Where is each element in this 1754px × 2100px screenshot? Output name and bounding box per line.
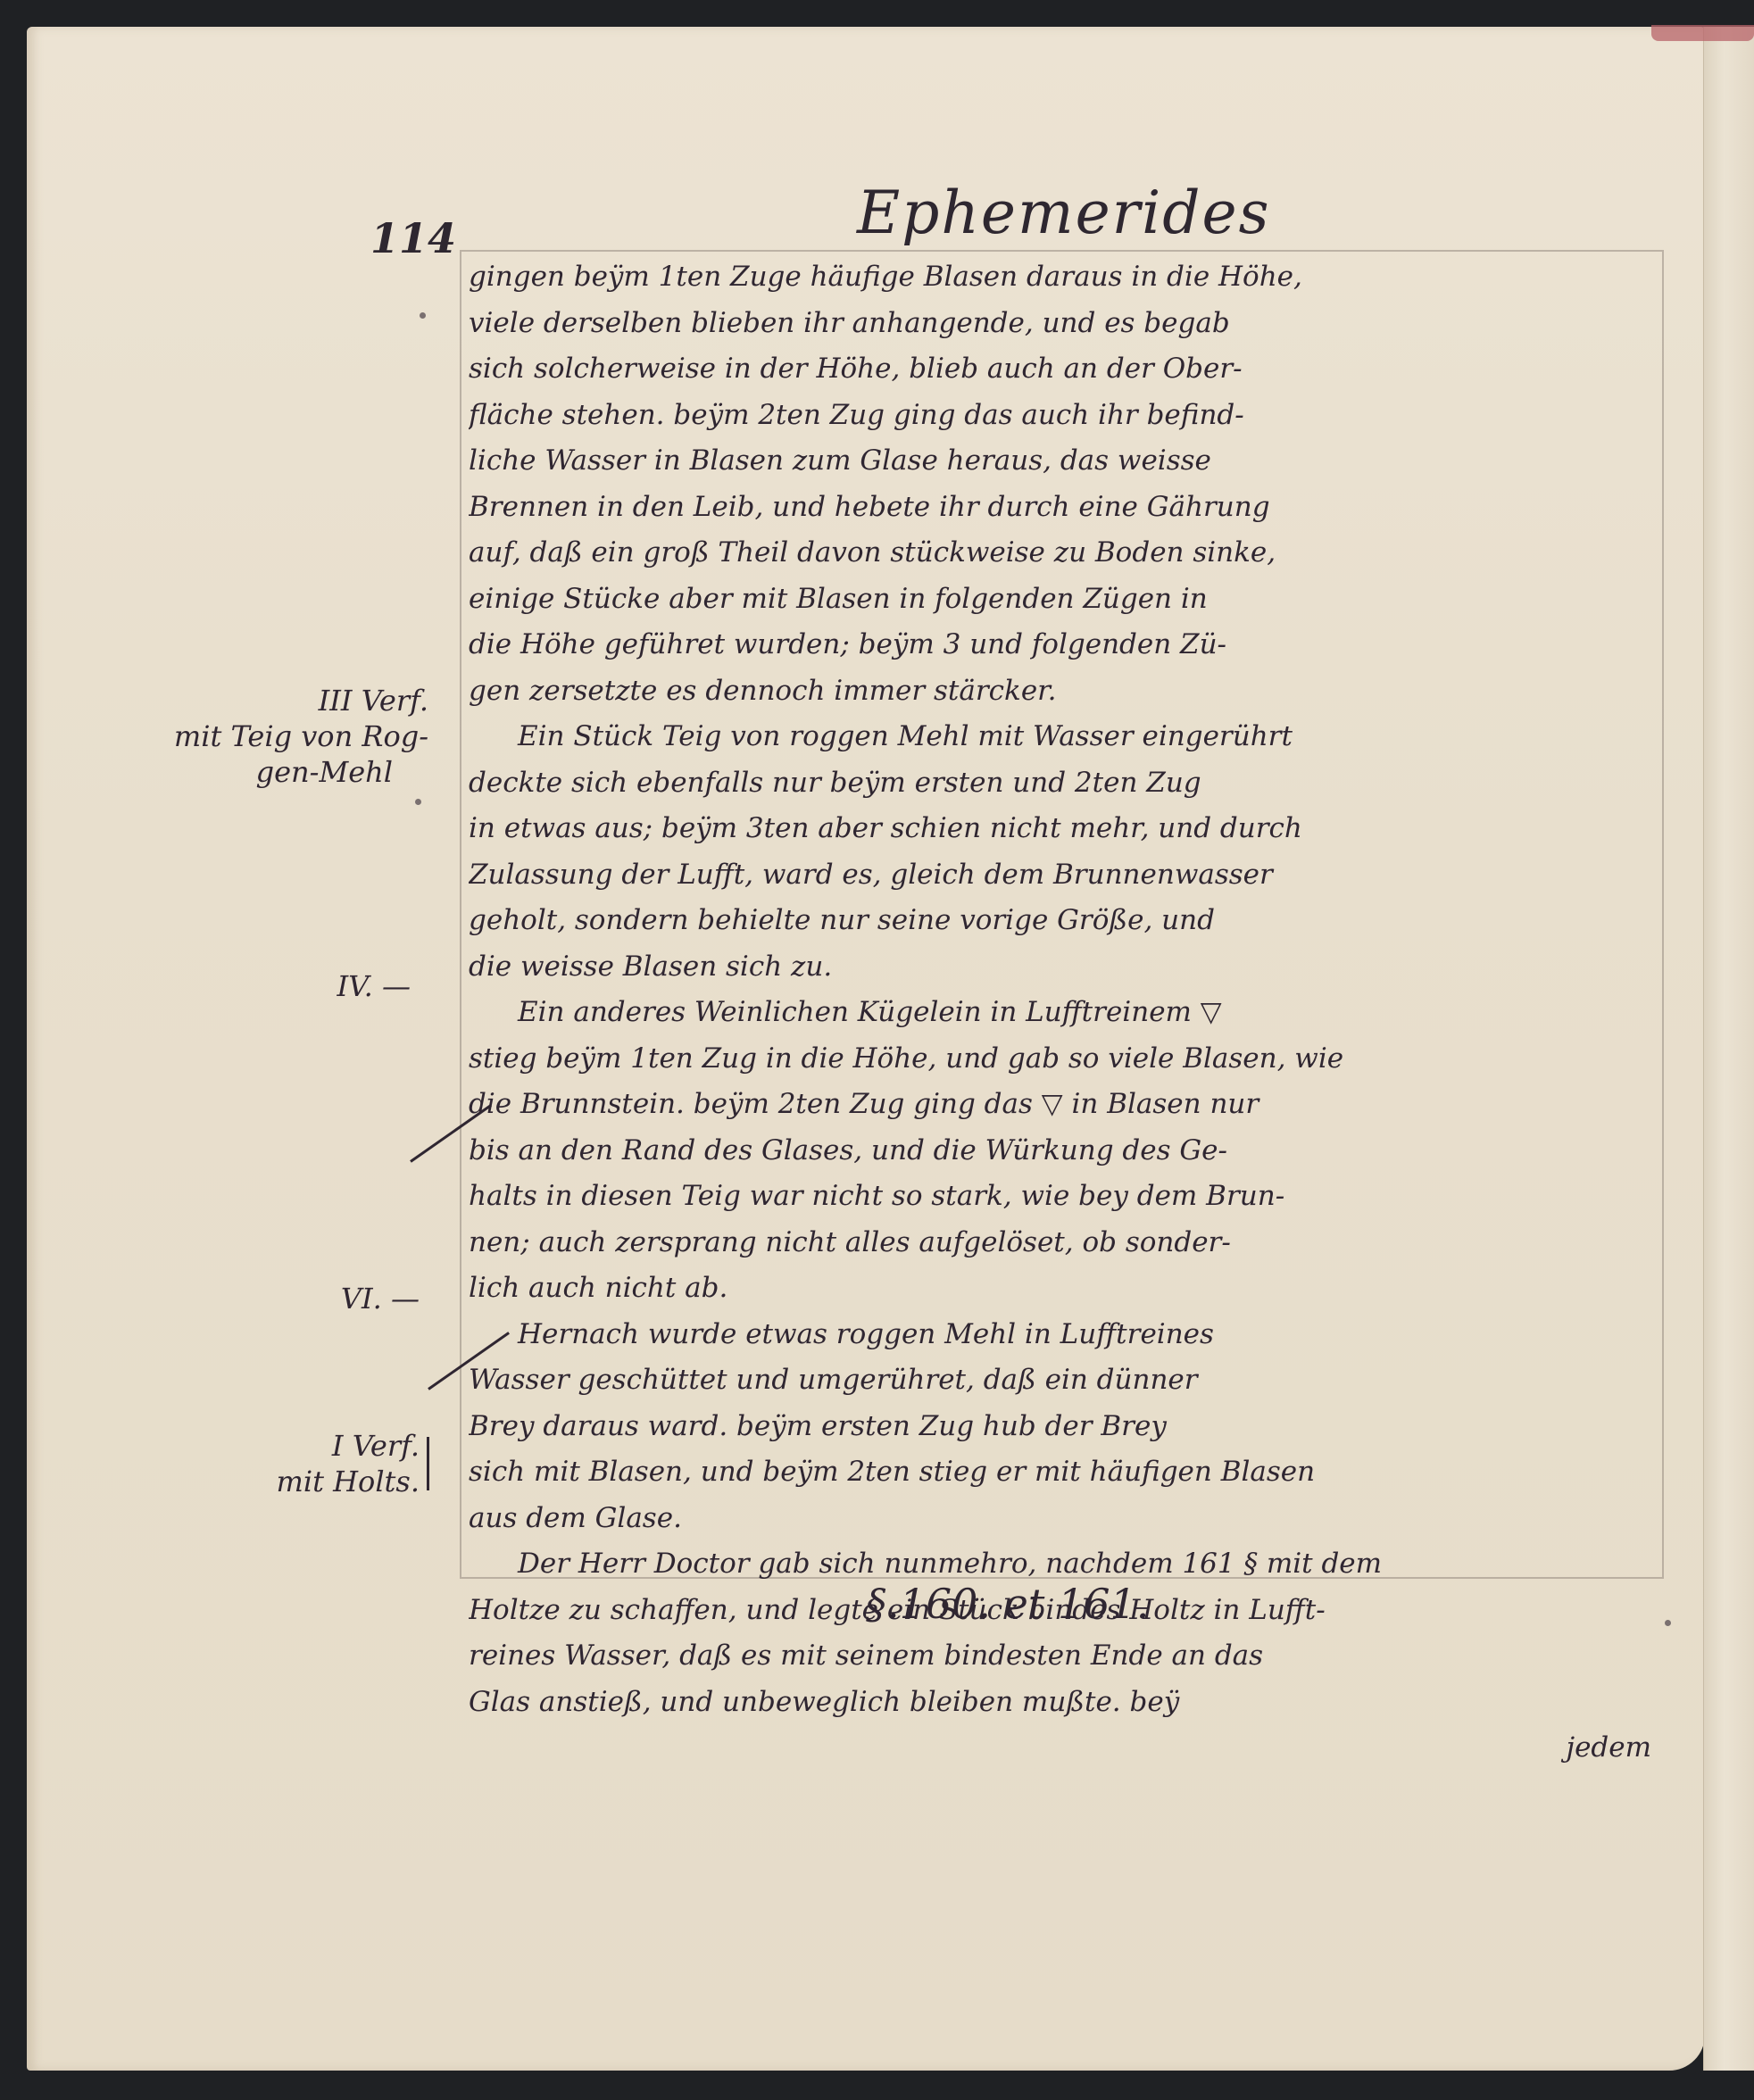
body-line: sich solcherweise in der Höhe, blieb auc…: [469, 346, 1660, 393]
body-line: auf, daß ein groß Theil davon stückweise…: [469, 530, 1660, 577]
catchword: jedem: [469, 1725, 1660, 1772]
body-line: stieg beÿm 1ten Zug in die Höhe, und gab…: [469, 1036, 1660, 1083]
body-line: einige Stücke aber mit Blasen in folgend…: [469, 577, 1660, 623]
body-line: Zulassung der Lufft, ward es, gleich dem…: [469, 852, 1660, 899]
body-line: lich auch nicht ab.: [469, 1266, 1660, 1312]
body-line: reines Wasser, daß es mit seinem bindest…: [469, 1633, 1660, 1680]
body-line: deckte sich ebenfalls nur beÿm ersten un…: [469, 760, 1660, 807]
body-line: gen zersetzte es dennoch immer stärcker.: [469, 668, 1660, 715]
margin-note-iii: III Verf. mit Teig von Rog- gen-Mehl: [134, 683, 428, 790]
body-line: die Höhe geführet wurden; beÿm 3 und fol…: [469, 622, 1660, 668]
body-line: gingen beÿm 1ten Zuge häufige Blasen dar…: [469, 254, 1660, 301]
running-title: Ephemerides: [857, 178, 1270, 247]
margin-note-i-line2: mit Holts.: [152, 1464, 420, 1499]
margin-note-i: I Verf. mit Holts.: [152, 1428, 420, 1499]
manuscript-body: gingen beÿm 1ten Zuge häufige Blasen dar…: [469, 254, 1660, 1772]
body-line: Glas anstieß, und unbeweglich bleiben mu…: [469, 1680, 1660, 1726]
page-number: 114: [370, 214, 456, 262]
body-line: halts in diesen Teig war nicht so stark,…: [469, 1174, 1660, 1220]
margin-note-i-heading: I Verf.: [152, 1428, 420, 1464]
body-line: viele derselben blieben ihr anhangende, …: [469, 301, 1660, 347]
margin-note-vi: VI. —: [268, 1281, 420, 1316]
body-line: die Brunnstein. beÿm 2ten Zug ging das ▽…: [469, 1082, 1660, 1128]
body-line: fläche stehen. beÿm 2ten Zug ging das au…: [469, 393, 1660, 439]
body-line: liche Wasser in Blasen zum Glase heraus,…: [469, 438, 1660, 485]
body-line: in etwas aus; beÿm 3ten aber schien nich…: [469, 806, 1660, 852]
body-line: sich mit Blasen, und beÿm 2ten stieg er …: [469, 1449, 1660, 1496]
section-reference: §.160. et 161.: [866, 1580, 1149, 1628]
red-page-edge: [1651, 25, 1754, 41]
ink-speck: [1665, 1620, 1671, 1626]
body-line: Ein anderes Weinlichen Kügelein in Lufft…: [469, 990, 1660, 1036]
margin-note-iii-heading: III Verf.: [134, 683, 428, 718]
margin-note-iv: IV. —: [259, 968, 411, 1004]
body-line: Brey daraus ward. beÿm ersten Zug hub de…: [469, 1404, 1660, 1450]
margin-bracket-stroke: [427, 1437, 429, 1490]
body-line: bis an den Rand des Glases, und die Würk…: [469, 1128, 1660, 1175]
body-line: Ein Stück Teig von roggen Mehl mit Wasse…: [469, 714, 1660, 760]
body-line: geholt, sondern behielte nur seine vorig…: [469, 898, 1660, 944]
body-line: Brennen in den Leib, und hebete ihr durc…: [469, 485, 1660, 531]
body-line: nen; auch zersprang nicht alles aufgelös…: [469, 1220, 1660, 1266]
margin-note-iii-line2: mit Teig von Rog-: [134, 718, 428, 754]
body-line: aus dem Glase.: [469, 1496, 1660, 1542]
body-line: Hernach wurde etwas roggen Mehl in Lufft…: [469, 1312, 1660, 1358]
body-line: Wasser geschüttet und umgerühret, daß ei…: [469, 1357, 1660, 1404]
body-line: die weisse Blasen sich zu.: [469, 944, 1660, 991]
margin-note-iii-line3: gen-Mehl: [134, 754, 428, 790]
ink-speck: [415, 799, 421, 805]
ink-speck: [420, 312, 426, 319]
page-edge-right: [1703, 27, 1754, 2071]
